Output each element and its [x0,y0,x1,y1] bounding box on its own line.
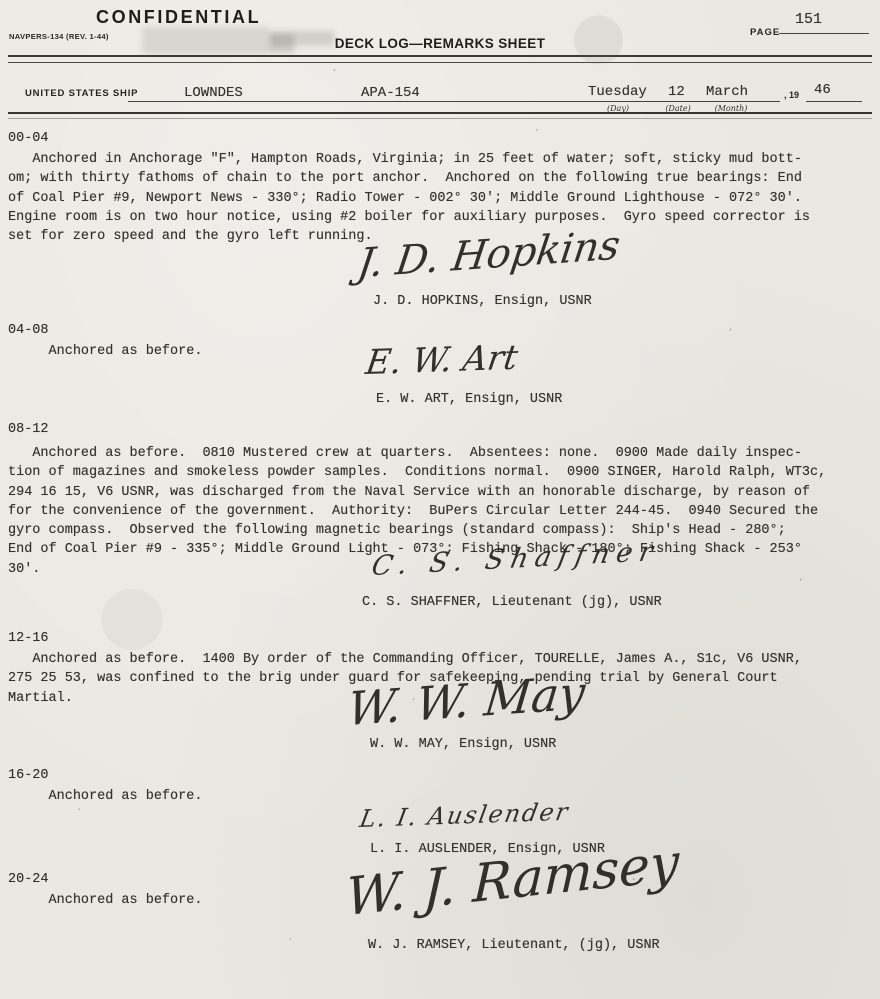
entry-time-heading: 00-04 [8,131,49,146]
signature-script: E. W. Art [363,338,520,384]
signature-typed: W. W. MAY, Ensign, USNR [370,737,556,752]
signature-typed: J. D. HOPKINS, Ensign, USNR [373,294,592,309]
entry-time-heading: 12-16 [8,631,49,646]
signature-typed: E. W. ART, Ensign, USNR [376,392,562,407]
ship-label: UNITED STATES SHIP [25,88,138,99]
ship-name-underline [128,101,566,102]
classification-banner: CONFIDENTIAL [96,7,261,28]
entry-time-heading: 08-12 [8,422,49,437]
header-rule-bottom [8,112,872,119]
hull-number-value: APA-154 [361,85,420,101]
year-prefix: , 19 [784,90,799,100]
page-number: 151 [795,11,822,28]
year-underline [806,101,862,102]
form-title: DECK LOG—REMARKS SHEET [0,36,880,51]
signature-typed: W. J. RAMSEY, Lieutenant, (jg), USNR [368,938,660,953]
date-underline [566,101,780,102]
deck-log-page: CONFIDENTIAL NAVPERS-134 (REV. 1-44) DEC… [0,0,880,999]
header-rule-top [8,55,872,63]
year-value: 46 [814,82,831,98]
entry-time-heading: 04-08 [8,323,49,338]
month-value: March [706,84,748,100]
entry-remarks: Anchored in Anchorage "F", Hampton Roads… [8,150,874,246]
day-value: Tuesday [588,84,647,100]
page-label: PAGE [750,27,780,38]
entry-time-heading: 20-24 [8,872,49,887]
entry-time-heading: 16-20 [8,768,49,783]
page-number-underline [779,33,869,34]
date-value: 12 [668,84,685,100]
signature-typed: C. S. SHAFFNER, Lieutenant (jg), USNR [362,595,662,610]
ship-name-value: LOWNDES [184,85,243,101]
